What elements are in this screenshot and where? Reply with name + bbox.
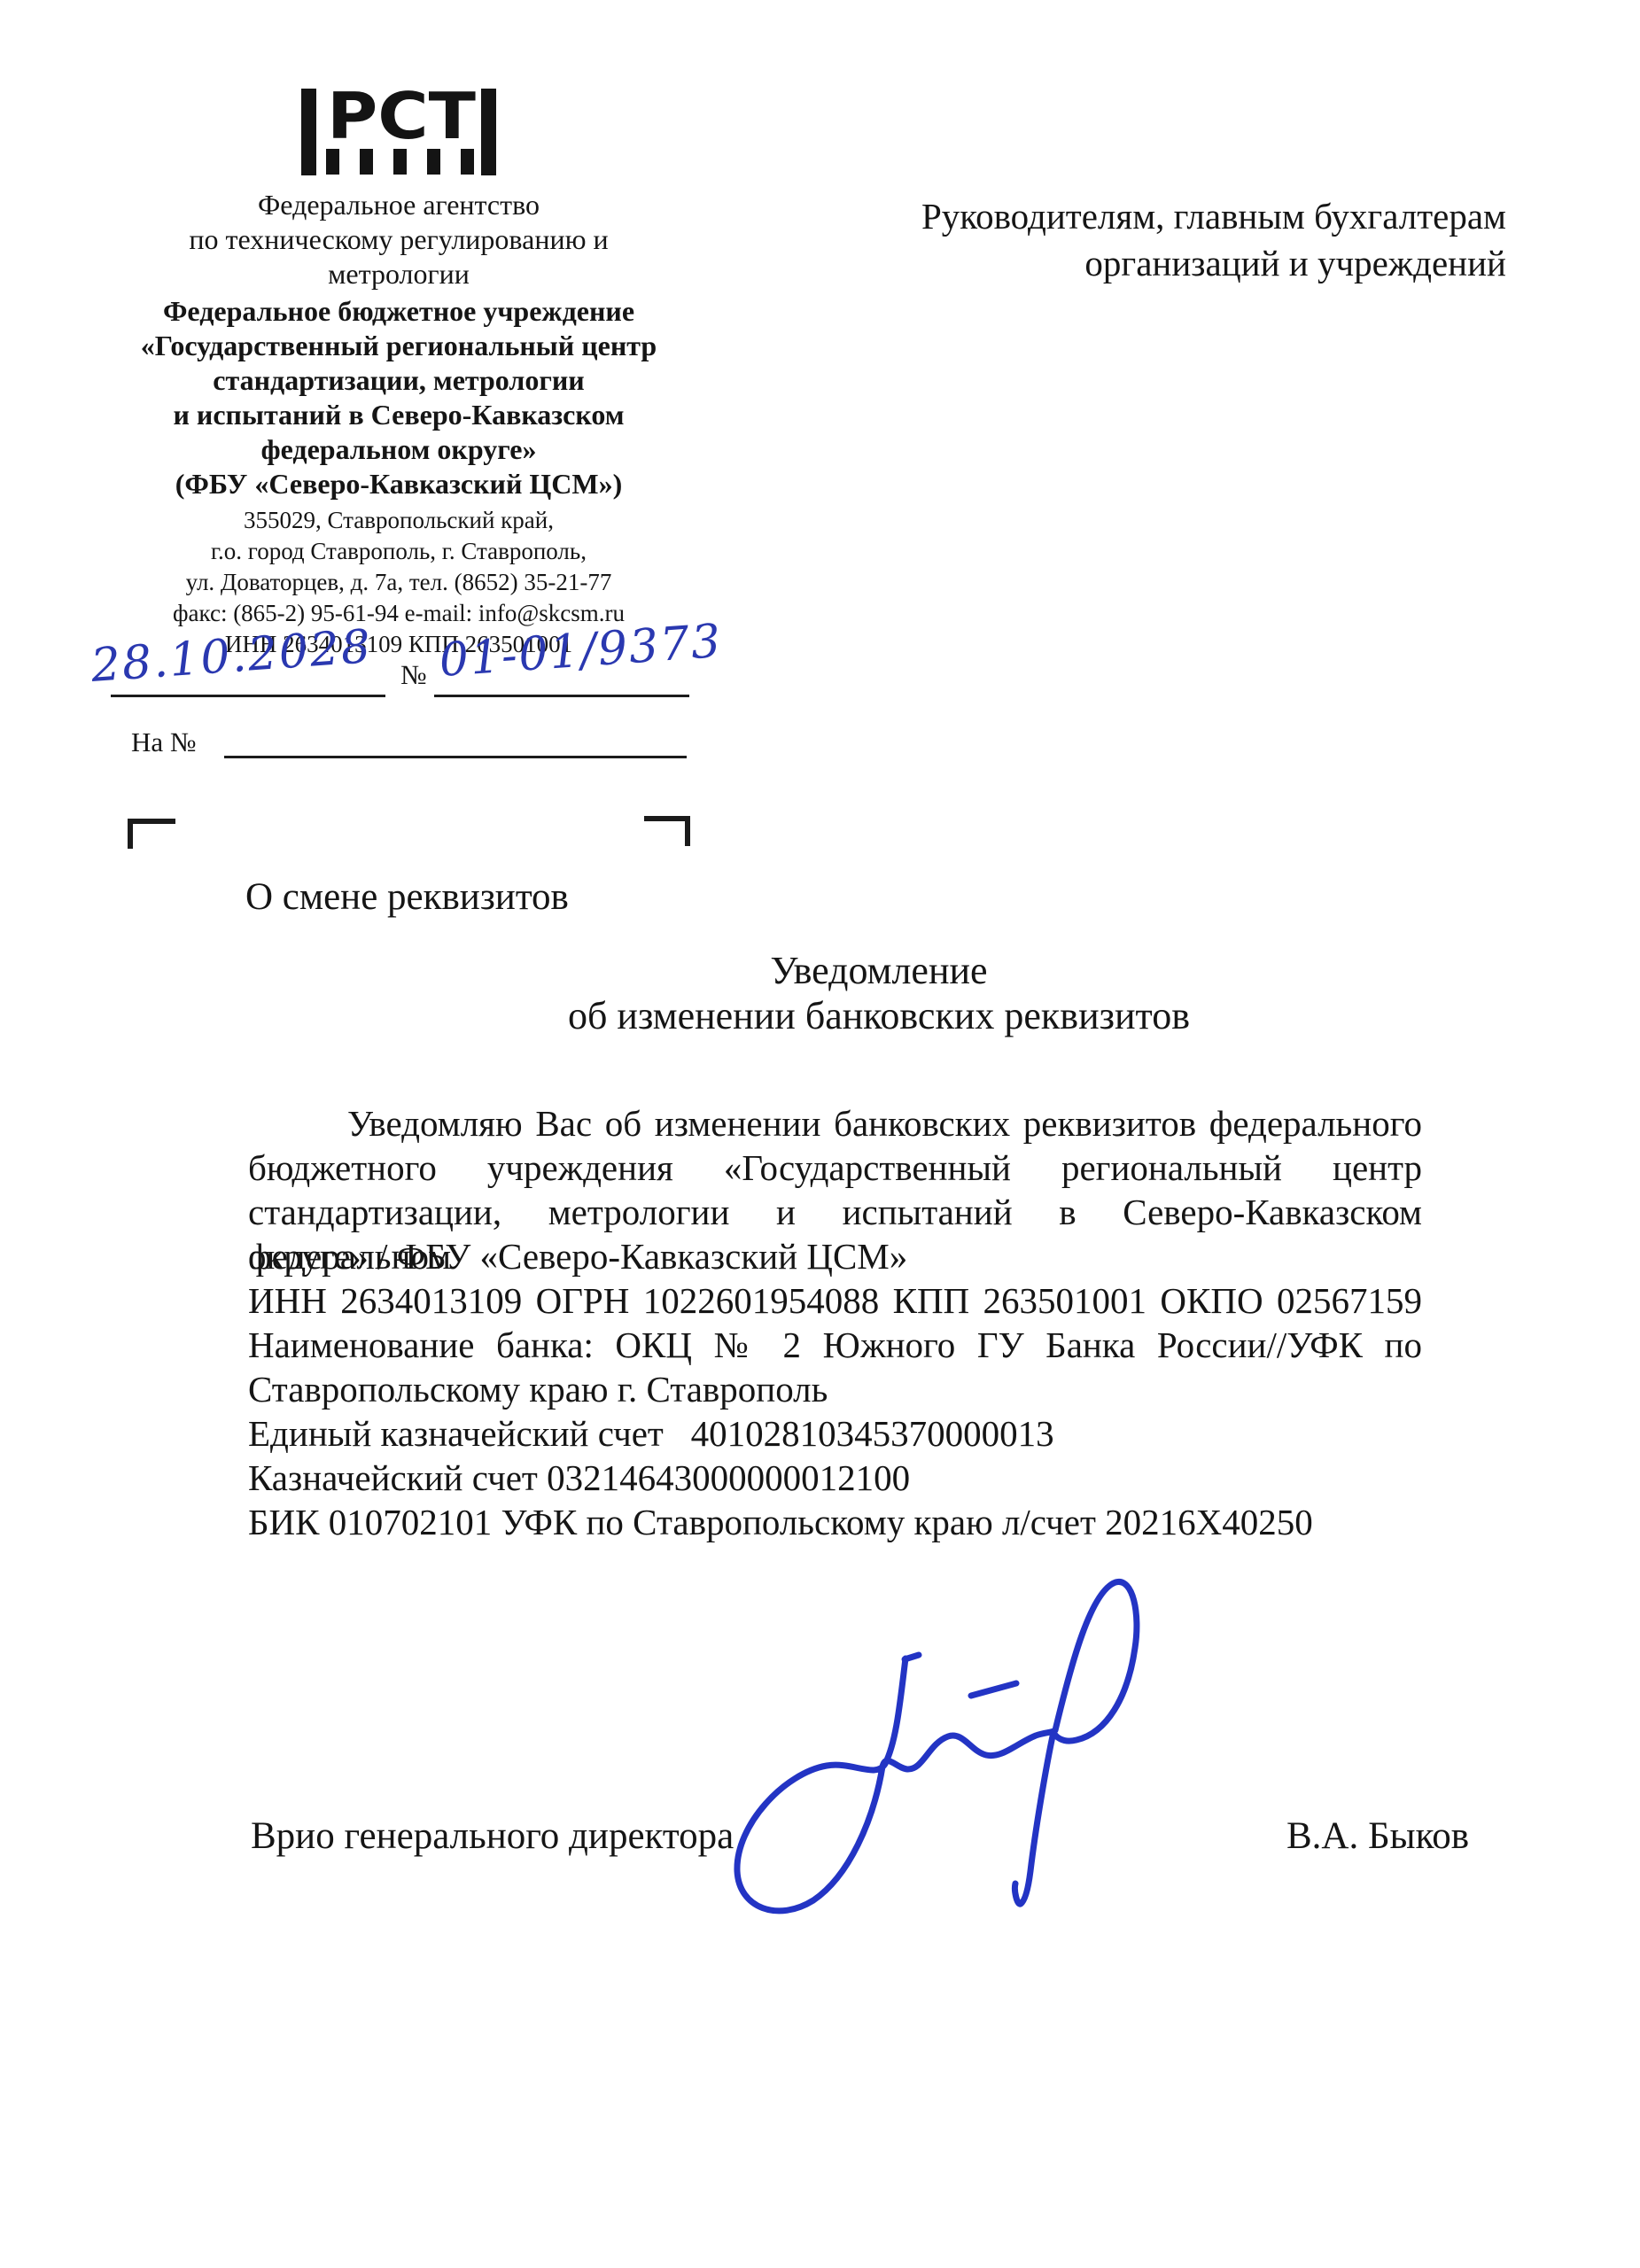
letter-body: Уведомляю Вас об изменении банковских ре… — [248, 1101, 1422, 1544]
body-line: Наименование банка: ОКЦ № 2 Южного ГУ Ба… — [248, 1323, 1422, 1367]
notice-title-line: Уведомление — [567, 948, 1191, 993]
body-line: стандартизации, метрологии и испытаний в… — [248, 1190, 1422, 1234]
notice-title: Уведомление об изменении банковских рекв… — [567, 948, 1191, 1038]
signer-position: Врио генерального директора — [251, 1814, 734, 1858]
number-sign-label: № — [400, 659, 427, 691]
corner-mark-left-icon — [128, 819, 175, 849]
corner-mark-right-icon — [644, 816, 690, 846]
rosstandart-logo: РСТ — [301, 89, 496, 175]
recipient-line: Руководителям, главным бухгалтерам — [797, 193, 1506, 240]
reply-to-label: На № — [131, 726, 196, 758]
agency-line: метрологии — [89, 257, 709, 291]
body-line: Единый казначейский счет 401028103453700… — [248, 1411, 1422, 1456]
signature — [700, 1533, 1187, 1940]
body-line: Казначейский счет 03214643000000012100 — [248, 1456, 1422, 1500]
org-line: стандартизации, метрологии — [89, 363, 709, 398]
org-line: (ФБУ «Северо-Кавказский ЦСМ») — [89, 467, 709, 501]
agency-line: по техническому регулированию и — [89, 222, 709, 257]
body-line: Ставропольскому краю г. Ставрополь — [248, 1367, 1422, 1411]
date-underline — [111, 695, 385, 697]
org-line: «Государственный региональный центр — [89, 329, 709, 363]
signature-ink-icon — [700, 1533, 1187, 1940]
org-line: Федеральное бюджетное учреждение — [89, 294, 709, 329]
notice-title-line: об изменении банковских реквизитов — [567, 993, 1191, 1038]
subject-line: О смене реквизитов — [245, 875, 569, 919]
recipient-line: организаций и учреждений — [797, 240, 1506, 287]
agency-name-block: Федеральное агентство по техническому ре… — [89, 188, 709, 291]
org-line: и испытаний в Северо-Кавказском — [89, 398, 709, 432]
address-line: ул. Доваторцев, д. 7а, тел. (8652) 35-21… — [89, 567, 709, 598]
document-page: РСТ Федеральное агентство по техническом… — [0, 0, 1640, 2268]
body-line: Уведомляю Вас об изменении банковских ре… — [248, 1101, 1422, 1146]
logo-letters: РСТ — [327, 89, 476, 153]
rst-barcode-logo-icon: РСТ — [301, 89, 496, 175]
org-line: федеральном округе» — [89, 432, 709, 467]
body-line: округе» / ФБУ «Северо-Кавказский ЦСМ» — [248, 1234, 1422, 1278]
body-line: ИНН 2634013109 ОГРН 1022601954088 КПП 26… — [248, 1278, 1422, 1323]
agency-line: Федеральное агентство — [89, 188, 709, 222]
signer-name: В.А. Быков — [1286, 1814, 1469, 1858]
number-underline — [434, 695, 689, 697]
reply-to-underline — [224, 756, 687, 758]
body-line: бюджетного учреждения «Государственный р… — [248, 1146, 1422, 1190]
recipient-block: Руководителям, главным бухгалтерам орган… — [797, 193, 1506, 287]
address-line: г.о. город Ставрополь, г. Ставрополь, — [89, 536, 709, 567]
organization-name-block: Федеральное бюджетное учреждение «Госуда… — [89, 294, 709, 501]
address-line: 355029, Ставропольский край, — [89, 505, 709, 536]
